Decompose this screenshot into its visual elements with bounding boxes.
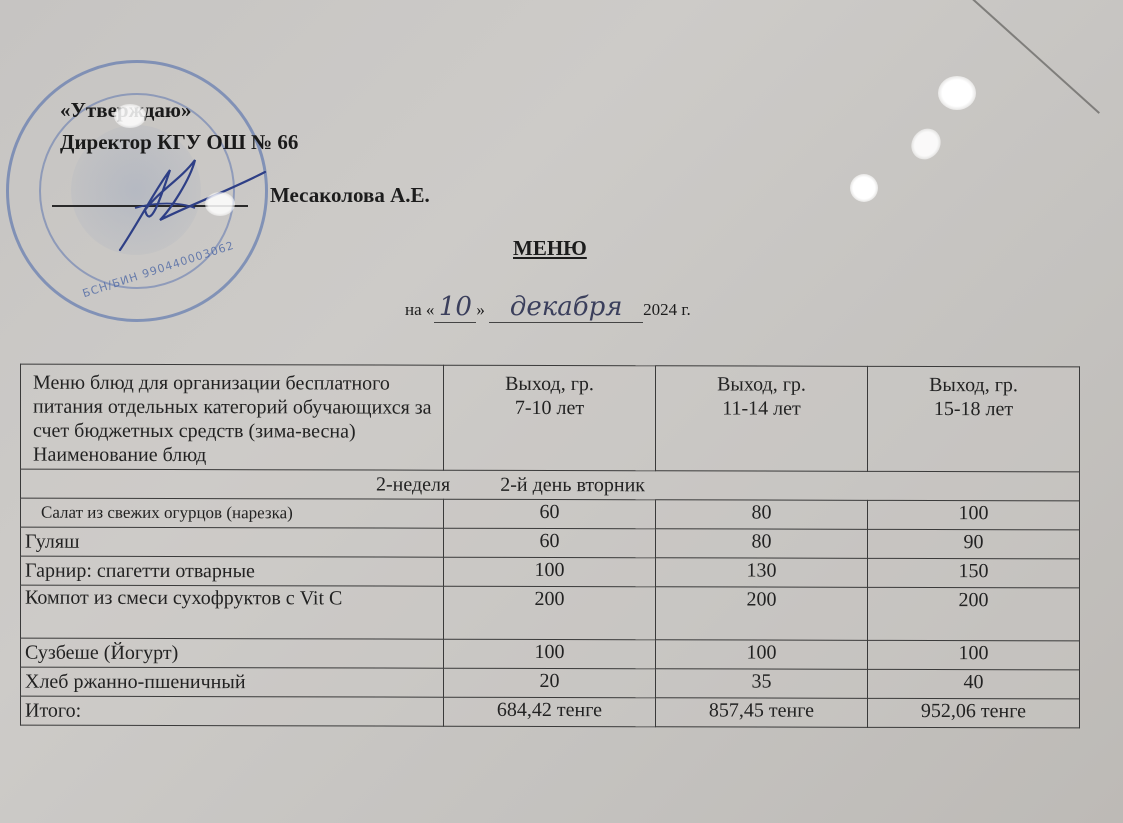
portion-11-14: 200 [656, 587, 868, 641]
portion-15-18: 90 [868, 529, 1080, 559]
document-date: на «10» декабря2024 г. [405, 292, 691, 323]
dish-name: Сузбеше (Йогурт) [21, 638, 444, 668]
dish-name: Хлеб ржанно-пшеничный [21, 667, 444, 697]
table-row: Гуляш 60 80 90 [21, 527, 1080, 559]
portion-11-14: 35 [656, 669, 868, 699]
total-label: Итого: [21, 696, 444, 726]
date-day-handwritten: 10 [434, 292, 476, 323]
table-row: Салат из свежих огурцов (нарезка) 60 80 … [21, 498, 1080, 530]
header-age-range: 7-10 лет [452, 396, 647, 421]
portion-15-18: 40 [868, 669, 1080, 699]
light-reflection [938, 76, 976, 110]
portion-11-14: 100 [656, 640, 868, 670]
date-prefix: на « [405, 300, 434, 319]
header-label: Выход, гр. [452, 372, 647, 397]
light-reflection [114, 104, 146, 128]
portion-7-10: 200 [444, 586, 656, 640]
portion-7-10: 20 [444, 668, 656, 698]
total-row: Итого: 684,42 тенге 857,45 тенге 952,06 … [21, 696, 1080, 728]
header-label: Выход, гр. [876, 373, 1071, 398]
table-header-row: Меню блюд для организации бесплатного пи… [21, 364, 1080, 472]
day-label: 2-й день вторник [450, 474, 645, 497]
date-mid: » [476, 300, 485, 319]
dish-name: Салат из свежих огурцов (нарезка) [21, 498, 444, 528]
dish-name: Компот из смеси сухофруктов с Vit C [21, 585, 444, 639]
table-row: Гарнир: спагетти отварные 100 130 150 [21, 556, 1080, 588]
portion-7-10: 100 [444, 639, 656, 669]
header-age-15-18: Выход, гр. 15-18 лет [868, 366, 1080, 472]
week-label: 2-неделя [376, 474, 450, 496]
header-age-7-10: Выход, гр. 7-10 лет [444, 365, 656, 471]
portion-7-10: 60 [444, 499, 656, 529]
header-label: Выход, гр. [664, 372, 859, 397]
table-row: Компот из смеси сухофруктов с Vit C 200 … [21, 585, 1080, 641]
portion-11-14: 130 [656, 558, 868, 588]
dish-name: Гуляш [21, 527, 444, 557]
portion-15-18: 200 [868, 587, 1080, 641]
header-age-range: 15-18 лет [876, 397, 1071, 422]
header-age-range: 11-14 лет [664, 396, 859, 421]
dish-name: Гарнир: спагетти отварные [21, 556, 444, 586]
header-age-11-14: Выход, гр. 11-14 лет [656, 366, 868, 472]
signature-icon [100, 150, 270, 260]
total-7-10: 684,42 тенге [444, 697, 656, 727]
light-reflection [905, 123, 946, 165]
date-suffix: 2024 г. [643, 300, 691, 319]
total-15-18: 952,06 тенге [868, 698, 1080, 728]
portion-11-14: 80 [656, 500, 868, 530]
portion-15-18: 100 [868, 500, 1080, 530]
director-name: Месаколова А.Е. [270, 183, 430, 208]
week-day-cell: 2-неделя2-й день вторник [21, 469, 1080, 501]
approval-block: «Утверждаю» Директор КГУ ОШ № 66 [60, 94, 298, 158]
table-row: Сузбеше (Йогурт) 100 100 100 [21, 638, 1080, 670]
week-day-row: 2-неделя2-й день вторник [21, 469, 1080, 501]
light-reflection [850, 174, 878, 202]
portion-15-18: 100 [868, 640, 1080, 670]
portion-7-10: 60 [444, 528, 656, 558]
light-reflection [205, 192, 235, 216]
menu-table: Меню блюд для организации бесплатного пи… [20, 364, 1080, 729]
document-title: МЕНЮ [513, 236, 587, 261]
total-11-14: 857,45 тенге [656, 698, 868, 728]
portion-15-18: 150 [868, 558, 1080, 588]
date-month-handwritten: декабря [489, 292, 643, 323]
header-dish-name: Меню блюд для организации бесплатного пи… [21, 364, 444, 470]
portion-11-14: 80 [656, 529, 868, 559]
approve-label: «Утверждаю» [60, 94, 298, 126]
table-row: Хлеб ржанно-пшеничный 20 35 40 [21, 667, 1080, 699]
portion-7-10: 100 [444, 557, 656, 587]
